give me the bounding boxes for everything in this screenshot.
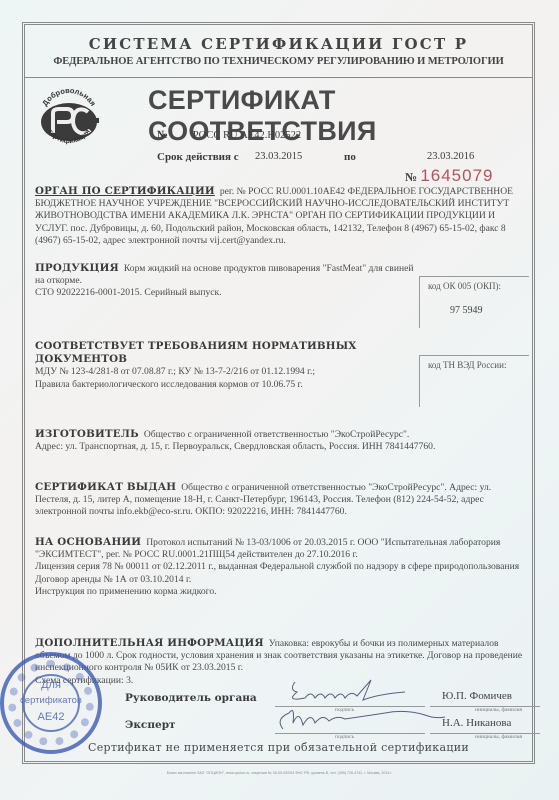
okp-code-value: 97 5949	[450, 305, 529, 316]
okp-code-box: код ОК 005 (ОКП): 97 5949	[419, 276, 529, 328]
section-heading: НА ОСНОВАНИИ	[35, 536, 141, 548]
manufacturer-address: Адрес: ул. Транспортная, д. 15, г. Перво…	[35, 441, 525, 453]
basis-line-3: Договор аренды № 1А от 03.10.2014 г.	[35, 574, 525, 586]
section-issued-to: СЕРТИФИКАТ ВЫДАНОбщество с ограниченной …	[35, 481, 525, 519]
tnved-code-label: код ТН ВЭД России:	[428, 360, 529, 370]
header-divider	[25, 77, 532, 78]
okp-code-label: код ОК 005 (ОКП):	[428, 281, 529, 291]
certificate-number: РОСС RU.АЕ42.Н02522	[193, 130, 301, 141]
certificate-frame: СИСТЕМА СЕРТИФИКАЦИИ ГОСТ Р ФЕДЕРАЛЬНОЕ …	[22, 22, 535, 764]
blank-print-info: Бланк изготовлен ЗАО "ОПЦИОН", www.opcio…	[0, 771, 559, 775]
section-compliance: СООТВЕТСТВУЕТ ТРЕБОВАНИЯМ НОРМАТИВНЫХ ДО…	[35, 340, 415, 391]
section-heading: ИЗГОТОВИТЕЛЬ	[35, 428, 139, 440]
stamp-line-1: Для	[4, 678, 98, 692]
tnved-code-box: код ТН ВЭД России:	[419, 355, 529, 407]
serial-label: №	[405, 170, 417, 184]
section-heading: ДОПОЛНИТЕЛЬНАЯ ИНФОРМАЦИЯ	[35, 637, 264, 649]
valid-to: 23.03.2016	[427, 151, 474, 162]
number-label: №	[157, 129, 168, 141]
serial-number: 1645079	[420, 166, 493, 185]
section-certification-body: ОРГАН ПО СЕРТИФИКАЦИИрег. № РОСС RU.0001…	[35, 185, 525, 247]
signatory-name: Н.А. Никанова	[442, 717, 511, 729]
system-title: СИСТЕМА СЕРТИФИКАЦИИ ГОСТ Р	[25, 35, 532, 53]
voluntary-notice: Сертификат не применяется при обязательн…	[25, 741, 532, 754]
agency-name: ФЕДЕРАЛЬНОЕ АГЕНТСТВО ПО ТЕХНИЧЕСКОМУ РЕ…	[25, 56, 532, 67]
certification-stamp: Для сертификатов АЕ42	[0, 652, 102, 754]
compliance-line-2: Правила бактериологического исследования…	[35, 379, 415, 391]
signature-role: Руководитель органа	[125, 692, 257, 704]
section-manufacturer: ИЗГОТОВИТЕЛЬОбщество с ограниченной отве…	[35, 428, 525, 453]
certificate-number-row: № РОСС RU.АЕ42.Н02522	[157, 129, 301, 141]
section-heading: ОРГАН ПО СЕРТИФИКАЦИИ	[35, 185, 215, 197]
basis-line-4: Инструкция по применению корма жидкого.	[35, 586, 525, 598]
section-product: ПРОДУКЦИЯКорм жидкий на основе продуктов…	[35, 262, 415, 300]
section-heading: ПРОДУКЦИЯ	[35, 262, 119, 274]
compliance-line-1: МДУ № 123-4/281-8 от 07.08.87 г.; КУ № 1…	[35, 366, 415, 378]
signature-row-expert: Эксперт подпись Н.А. Никанова инициалы, …	[125, 715, 535, 739]
stamp-line-3: АЕ42	[4, 710, 98, 724]
blank-serial: № 1645079	[405, 166, 494, 186]
section-heading: СЕРТИФИКАТ ВЫДАН	[35, 481, 176, 493]
section-basis: НА ОСНОВАНИИПротокол испытаний № 13-03/1…	[35, 536, 525, 598]
validity-label: Срок действия с	[157, 151, 239, 163]
signature-caption: подпись	[335, 734, 354, 740]
name-caption: инициалы, фамилия	[475, 734, 522, 740]
signature-scribble-icon	[265, 701, 455, 735]
valid-from: 23.03.2015	[255, 151, 302, 162]
basis-line-2: Лицензия серия 78 № 00011 от 02.12.2011 …	[35, 561, 525, 573]
signature-role: Эксперт	[125, 719, 176, 731]
rst-logo-icon: Добровольная сертификация	[33, 85, 105, 157]
section-text-2: СТО 92022216-0001-2015. Серийный выпуск.	[35, 287, 415, 299]
name-caption: инициалы, фамилия	[475, 707, 522, 713]
stamp-line-2: сертификатов	[4, 694, 98, 708]
to-label: по	[344, 151, 356, 163]
section-text: Общество с ограниченной ответственностью…	[144, 429, 410, 440]
section-heading: СООТВЕТСТВУЕТ ТРЕБОВАНИЯМ НОРМАТИВНЫХ ДО…	[35, 340, 356, 365]
